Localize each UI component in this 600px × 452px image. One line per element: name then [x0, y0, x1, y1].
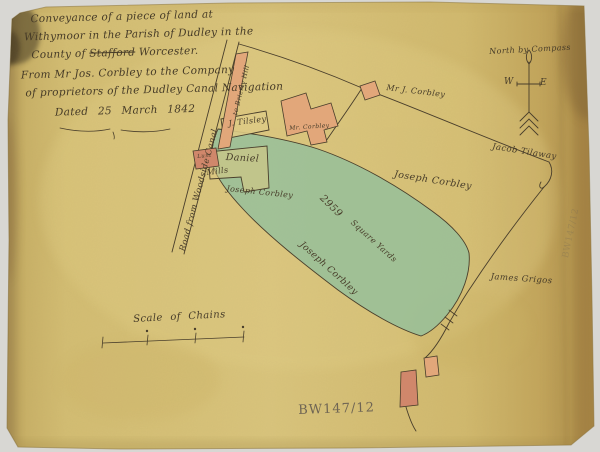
- mill-building-label: Lunt: [197, 153, 212, 160]
- title-line-date: Dated 25 March 1842: [55, 103, 196, 119]
- title-line-3-prefix: County of: [31, 48, 89, 62]
- building-south-tall: [400, 370, 418, 407]
- archive-reference: BW147/12: [298, 400, 375, 418]
- scanned-map-document: Conveyance of a piece of land at Withymo…: [0, 0, 600, 452]
- title-block: Conveyance of a piece of land at Withymo…: [0, 0, 304, 150]
- struck-county-name: Stafford: [89, 46, 135, 59]
- title-line-3-suffix: Worcester.: [135, 45, 198, 59]
- title-line-3: County of Stafford Worcester.: [31, 45, 198, 61]
- compass-west-label: W: [504, 77, 514, 87]
- building-south-square: [424, 356, 439, 377]
- title-line-1: Conveyance of a piece of land at: [30, 8, 213, 25]
- parcel-daniel-label: Daniel: [225, 152, 259, 165]
- compass-east-label: E: [540, 78, 547, 88]
- title-line-2: Withymoor in the Parish of Dudley in the: [24, 25, 254, 43]
- title-line-4: From Mr Jos. Corbley to the Company: [21, 64, 235, 82]
